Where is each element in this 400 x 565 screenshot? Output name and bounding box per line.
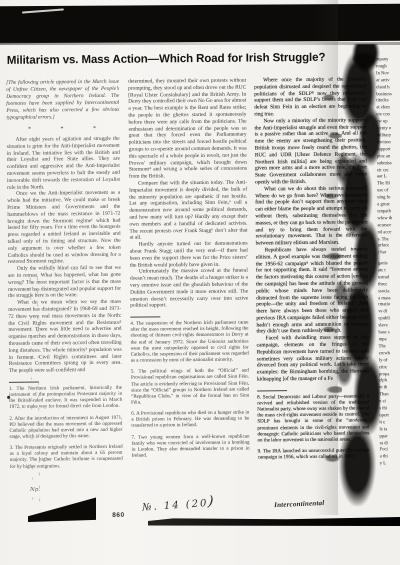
footnote-rule bbox=[130, 316, 160, 317]
paragraph: determined, they mounted their own prote… bbox=[128, 78, 247, 181]
margin-dot bbox=[7, 396, 10, 399]
footnote: 6. A Provisional republican who died on … bbox=[131, 411, 249, 431]
scan-scratch bbox=[22, 8, 64, 13]
column-left: [The following article appeared in the M… bbox=[6, 79, 123, 476]
footnote: 2. After the introduction of internment … bbox=[9, 415, 122, 441]
paragraph: Only the wilfully blind can fail to see … bbox=[8, 265, 121, 300]
paragraph: After eight years of agitation and strug… bbox=[7, 136, 121, 191]
page-number: 860 bbox=[112, 512, 124, 519]
paragraph: Unfortunately the massive crowd at the f… bbox=[130, 268, 248, 310]
handwritten-paren: ) bbox=[208, 493, 217, 509]
footnote: 3. The Protestants originally settled in… bbox=[10, 445, 123, 471]
scanned-page: Militarism vs. Mass Action—Which Road fo… bbox=[0, 0, 400, 565]
scan-artifact-top-bar bbox=[0, 4, 400, 44]
footnote: 4. The suspension of the Northern Irish … bbox=[130, 321, 248, 365]
scan-artifact-blotch-band bbox=[333, 44, 380, 506]
footnote: 1. The Northern Irish parliament, histor… bbox=[9, 386, 122, 412]
editor-note: [The following article appeared in the M… bbox=[6, 79, 119, 122]
section-separator: * * * bbox=[19, 126, 120, 133]
scan-artifact-blob bbox=[344, 48, 380, 70]
paragraph: Hardly anyone turned out for demonstrati… bbox=[130, 241, 248, 269]
handwritten-mark: Np. bbox=[30, 487, 40, 493]
paragraph: Once we the Anti-Imperialist movement as… bbox=[7, 190, 121, 266]
column-middle: determined, they mounted their own prote… bbox=[128, 78, 250, 465]
adjacent-page-text-fragments: ganis ate t ustrad three ssocia a mass r… bbox=[378, 260, 400, 504]
footnote: 7. Two young women from a well-known rep… bbox=[131, 434, 249, 460]
paragraph: Compare that with the situation today. T… bbox=[129, 179, 248, 241]
footnote: 5. The political wings of both the “Offi… bbox=[131, 369, 249, 407]
paragraph: What do we mean when we say the mass mov… bbox=[8, 299, 122, 375]
footnote-rule bbox=[257, 390, 287, 391]
